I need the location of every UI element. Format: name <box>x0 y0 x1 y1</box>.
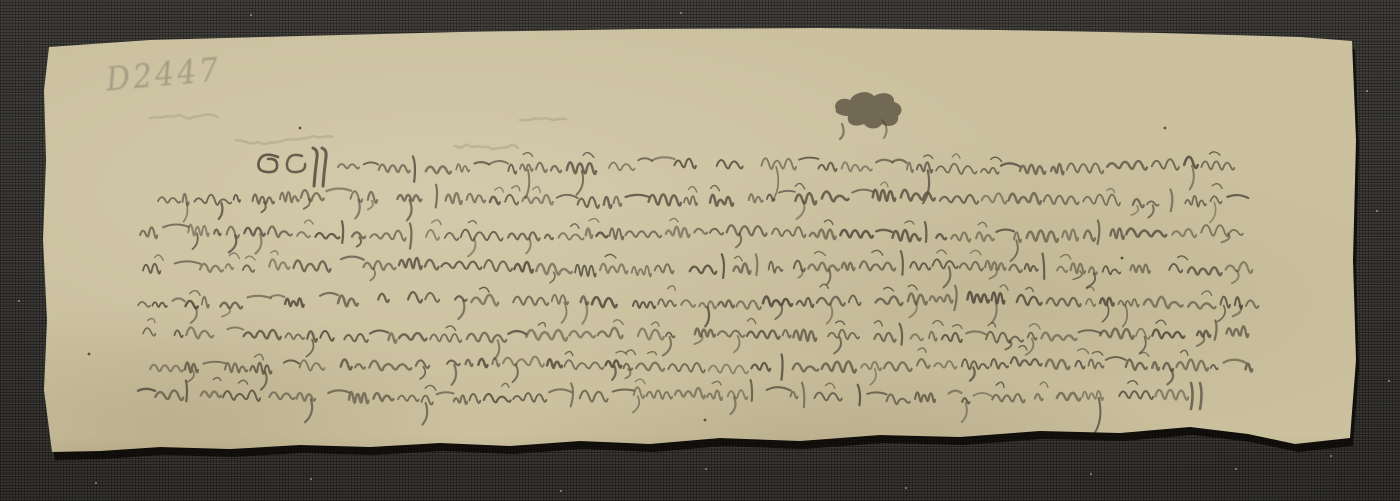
lint-speck <box>705 468 707 470</box>
lint-speck <box>905 487 907 489</box>
lint-speck <box>95 482 97 484</box>
lint-speck <box>18 300 20 302</box>
lint-speck <box>1235 468 1237 470</box>
lint-speck <box>560 490 562 492</box>
lint-speck <box>680 12 682 14</box>
lint-speck <box>250 14 252 16</box>
lint-speck <box>1090 473 1092 475</box>
lint-speck <box>1376 210 1378 212</box>
manuscript-leaf: D2447 <box>0 0 1400 501</box>
lint-speck <box>1388 380 1390 382</box>
lint-speck <box>1330 455 1332 457</box>
lint-speck <box>1366 90 1368 92</box>
lint-speck <box>310 478 312 480</box>
manuscript-photo: D2447 <box>0 0 1400 501</box>
